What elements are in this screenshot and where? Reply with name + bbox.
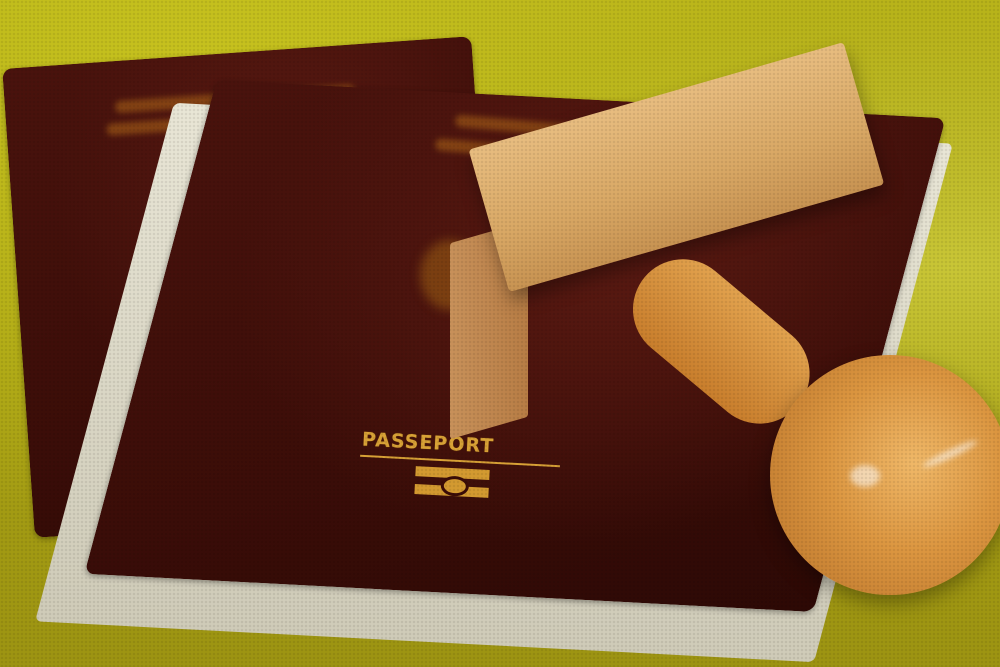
photo-scene: PASSEPORT bbox=[0, 0, 1000, 667]
biometric-chip-icon bbox=[414, 466, 489, 500]
stamp-handle-knob bbox=[770, 355, 1000, 595]
